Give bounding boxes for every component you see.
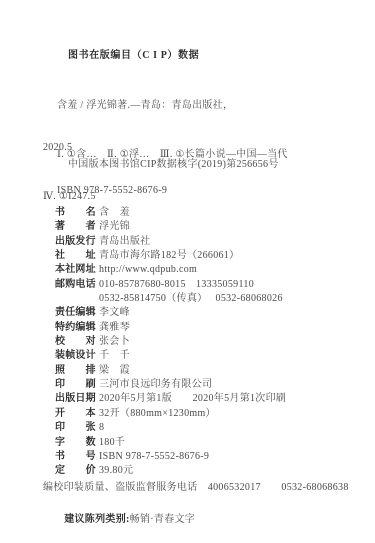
info-value: 青岛出版社 [99,235,151,249]
book-copyright-page: 图书在版编目（C I P）数据 含羞 / 浮光锦著.—青岛：青岛出版社， 202… [0,0,375,543]
info-label [55,292,95,306]
info-value: http://www.qdpub.com [99,263,197,277]
info-value: 李文峰 [99,306,130,320]
info-row-website: 本社网址 http://www.qdpub.com [55,263,286,277]
info-row-address: 社 址 青岛市海尔路182号（266061） [55,249,286,263]
info-label: 责任编辑 [55,306,95,320]
publication-info-list: 书 名 含 羞 著 者 浮光锦 出版发行 青岛出版社 社 址 青岛市海尔路182… [55,206,286,479]
info-label: 校 对 [55,335,95,349]
info-label: 本社网址 [55,263,95,277]
info-value: 千 千 [99,349,130,363]
info-row-printing: 印 刷 三河市良远印务有限公司 [55,378,286,392]
info-row-isbn: 书 号 ISBN 978-7-5552-8676-9 [55,450,286,464]
info-label: 出版发行 [55,235,95,249]
info-row-author: 著 者 浮光锦 [55,220,286,234]
info-row-word-count: 字 数 180千 [55,436,286,450]
cip-title: 图书在版编目（C I P）数据 [68,46,199,61]
info-label: 定 价 [55,464,95,478]
info-label: 开 本 [55,407,95,421]
info-row-proofreader: 校 对 张会卜 [55,335,286,349]
info-label: 著 者 [55,220,95,234]
shelving-category-value: 畅销·青春文字 [130,514,195,525]
info-value: 三河市良远印务有限公司 [99,378,212,392]
cip-classification-line: Ⅳ. ①I247.5 [43,190,288,204]
cip-record-number: 中国版本图书馆CIP数据核字(2019)第256656号 [68,155,279,170]
info-value: 梁 霞 [99,364,130,378]
info-value: 青岛市海尔路182号（266061） [99,249,239,263]
info-label: 书 号 [55,450,95,464]
info-row-sheets: 印 张 8 [55,421,286,435]
info-row-responsible-editor: 责任编辑 李文峰 [55,306,286,320]
info-row-mail-order-phone: 邮购电话 010-85787680-8015 13335059110 [55,278,286,292]
cip-description-line: 含羞 / 浮光锦著.—青岛：青岛出版社， [43,99,233,113]
info-row-special-editor: 特约编辑 龚雅琴 [55,321,286,335]
info-row-price: 定 价 39.80元 [55,464,286,478]
info-label: 社 址 [55,249,95,263]
info-row-format: 开 本 32开（880mm×1230mm） [55,407,286,421]
info-label: 字 数 [55,436,95,450]
shelving-category-label: 建议陈列类别: [64,514,129,525]
info-label: 特约编辑 [55,321,95,335]
info-row-phone-continued: 0532-85814750（传真） 0532-68068026 [55,292,286,306]
info-row-binding-design: 装帧设计 千 千 [55,349,286,363]
info-value: 2020年5月第1版 2020年5月第1次印刷 [99,392,286,406]
shelving-category: 建议陈列类别:畅销·青春文字 [53,499,195,536]
info-label: 印 刷 [55,378,95,392]
info-row-title: 书 名 含 羞 [55,206,286,220]
info-row-typesetting: 照 排 梁 霞 [55,364,286,378]
info-value: 含 羞 [99,206,130,220]
quality-service-hotline: 编校印装质量、盗版监督服务电话 4006532017 0532-68068638 [43,478,349,493]
info-row-publish-date: 出版日期 2020年5月第1版 2020年5月第1次印刷 [55,392,286,406]
info-value: 张会卜 [99,335,130,349]
info-label: 印 张 [55,421,95,435]
info-value: ISBN 978-7-5552-8676-9 [99,450,209,464]
info-value: 010-85787680-8015 13335059110 [99,278,254,292]
info-value: 0532-85814750（传真） 0532-68068026 [99,292,283,306]
info-value: 8 [99,421,104,435]
info-label: 书 名 [55,206,95,220]
info-label: 邮购电话 [55,278,95,292]
info-value: 180千 [99,436,125,450]
info-value: 浮光锦 [99,220,130,234]
info-value: 39.80元 [99,464,133,478]
info-label: 装帧设计 [55,349,95,363]
info-label: 照 排 [55,364,95,378]
info-value: 龚雅琴 [99,321,130,335]
info-label: 出版日期 [55,392,95,406]
info-value: 32开（880mm×1230mm） [99,407,216,421]
info-row-publisher: 出版发行 青岛出版社 [55,235,286,249]
